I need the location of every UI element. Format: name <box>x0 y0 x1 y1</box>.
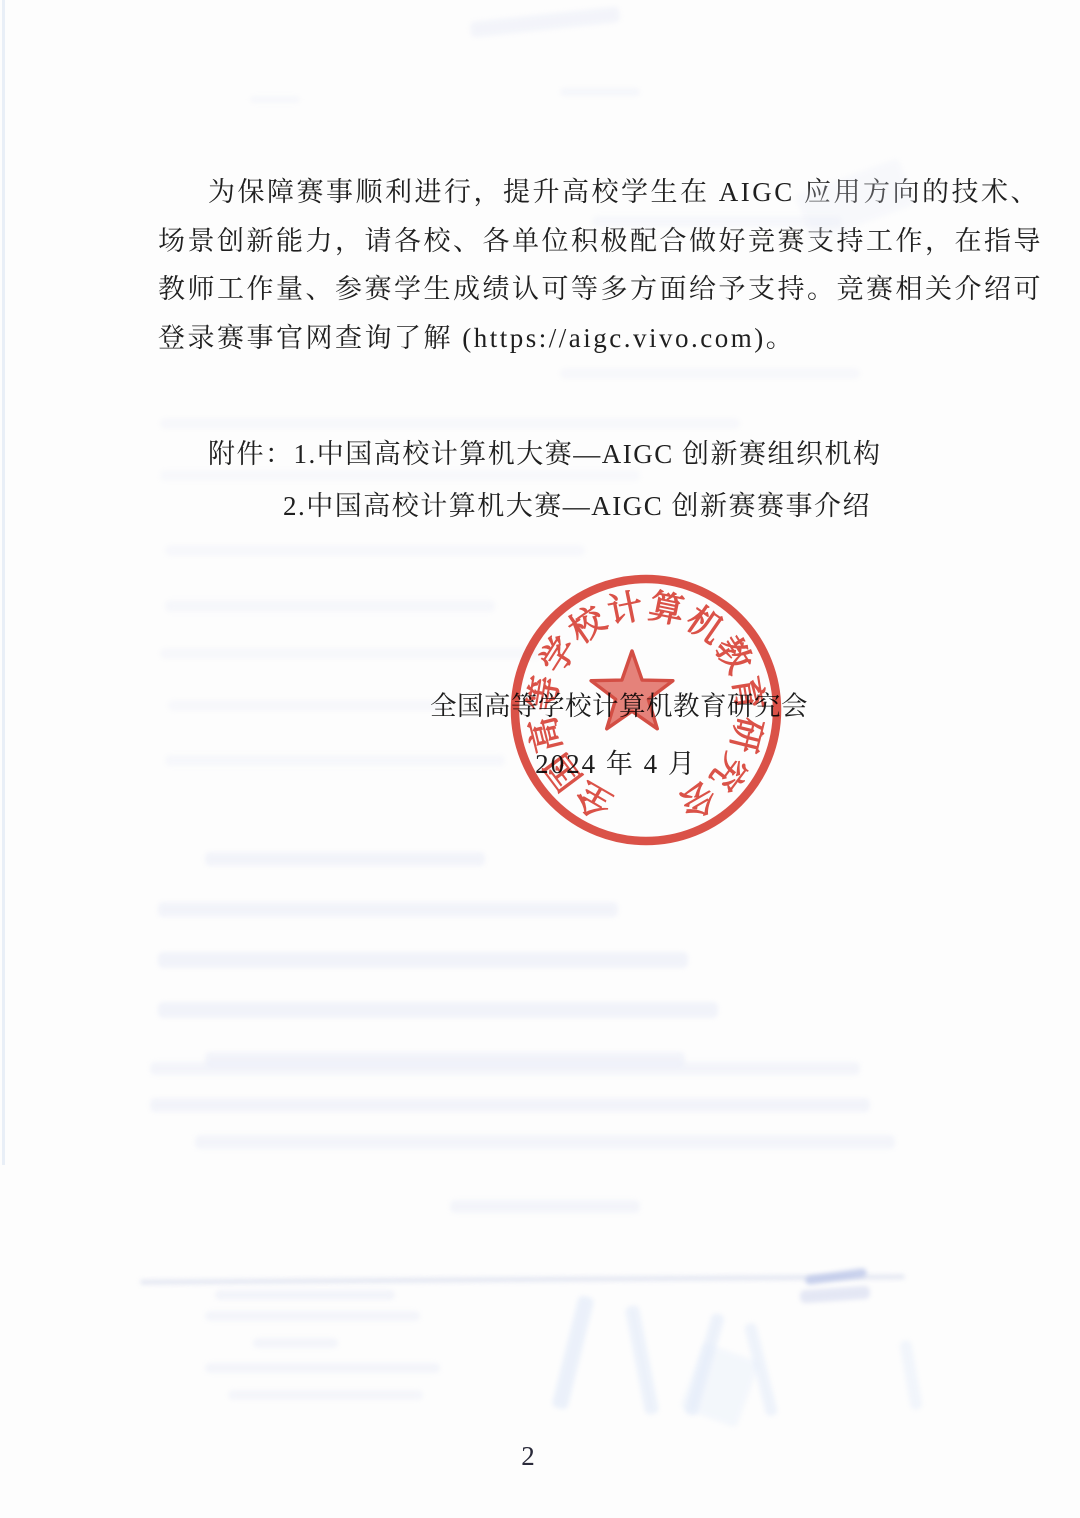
bleedthrough-artifact <box>165 545 585 556</box>
signature-block: 全国高等学校计算机教育研究会 2024 年 4 月 <box>430 684 802 781</box>
bleedthrough-artifact <box>684 1312 725 1417</box>
paragraph-line-2: 场景创新能力，请各校、各单位积极配合做好竞赛支持工作，在指导 <box>158 217 936 266</box>
seal-text-char: 全 <box>570 774 620 825</box>
bleedthrough-artifact <box>140 1274 905 1284</box>
signature-organization: 全国高等学校计算机教育研究会 <box>430 684 802 723</box>
bleedthrough-artifact <box>250 96 300 103</box>
bleedthrough-artifact <box>165 600 495 612</box>
seal-text-char: 机 <box>679 599 730 651</box>
bleedthrough-artifact <box>215 1290 395 1300</box>
bleedthrough-artifact <box>560 88 640 96</box>
paragraph-line-3: 教师工作量、参赛学生成绩认可等多方面给予支持。竞赛相关介绍可 <box>158 265 936 314</box>
bleedthrough-artifact <box>228 1390 423 1400</box>
bleedthrough-artifact <box>150 1098 870 1112</box>
bleedthrough-artifact <box>168 700 448 711</box>
scanned-document-page: 为保障赛事顺利进行，提升高校学生在 AIGC 应用方向的技术、 场景创新能力，请… <box>0 0 1080 1518</box>
seal-text-char: 会 <box>673 774 723 825</box>
paragraph-line-4: 登录赛事官网查询了解 (https://aigc.vivo.com)。 <box>158 314 936 363</box>
seal-text-char: 学 <box>533 630 585 680</box>
attachments-label: 附件： <box>208 439 294 469</box>
bleedthrough-artifact <box>205 1052 685 1067</box>
bleedthrough-artifact <box>450 1200 640 1213</box>
bleedthrough-artifact <box>551 1295 594 1410</box>
bleedthrough-artifact <box>253 1338 338 1348</box>
bleedthrough-artifact <box>150 1062 860 1075</box>
seal-text-char: 计 <box>604 587 646 632</box>
attachments-block: 附件：1.中国高校计算机大赛—AIGC 创新赛组织机构 2.中国高校计算机大赛—… <box>208 428 882 532</box>
bleedthrough-artifact <box>158 902 618 917</box>
attachment-item-2: 2.中国高校计算机大赛—AIGC 创新赛赛事介绍 <box>283 480 882 532</box>
bleedthrough-artifact <box>625 1305 660 1416</box>
bleedthrough-artifact <box>158 952 688 968</box>
seal-text-char: 算 <box>646 587 688 632</box>
body-paragraph: 为保障赛事顺利进行，提升高校学生在 AIGC 应用方向的技术、 场景创新能力，请… <box>158 168 936 362</box>
bleedthrough-artifact <box>800 1286 871 1304</box>
paragraph-line-1: 为保障赛事顺利进行，提升高校学生在 AIGC 应用方向的技术、 <box>158 168 936 217</box>
bleedthrough-artifact <box>680 1342 760 1428</box>
signature-date: 2024 年 4 月 <box>430 742 802 781</box>
bleedthrough-artifact <box>195 1135 895 1149</box>
bleedthrough-artifact <box>744 1322 779 1417</box>
bleedthrough-artifact <box>470 6 621 38</box>
bleedthrough-artifact <box>205 1363 440 1373</box>
bleedthrough-artifact <box>158 1002 718 1018</box>
attachment-item-1: 1.中国高校计算机大赛—AIGC 创新赛组织机构 <box>294 439 882 469</box>
attachment-line-1: 附件：1.中国高校计算机大赛—AIGC 创新赛组织机构 <box>208 428 882 480</box>
seal-text-char: 校 <box>562 599 614 652</box>
bleedthrough-artifact <box>899 1339 923 1410</box>
bleedthrough-artifact <box>560 368 860 379</box>
seal-text-char: 教 <box>707 630 759 681</box>
bleedthrough-artifact <box>160 648 540 659</box>
bleedthrough-artifact <box>205 852 485 866</box>
bleedthrough-artifact <box>205 1311 420 1321</box>
bleedthrough-artifact <box>805 1268 868 1286</box>
page-number: 2 <box>512 1441 544 1472</box>
scan-edge-artifact <box>2 0 5 1165</box>
